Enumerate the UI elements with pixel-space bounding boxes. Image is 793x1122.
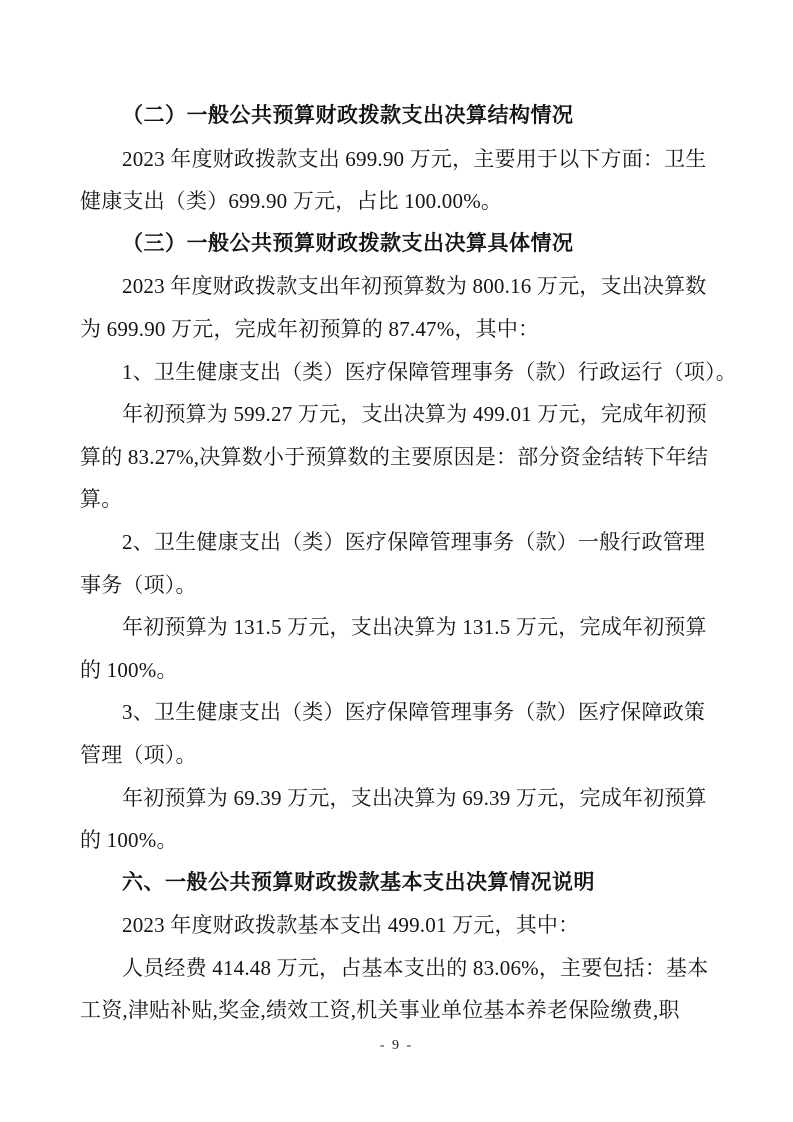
section-heading: （二）一般公共预算财政拨款支出决算结构情况 (80, 95, 720, 138)
section-heading: （三）一般公共预算财政拨款支出决算具体情况 (80, 223, 720, 266)
body-line: 人员经费 414.48 万元，占基本支出的 83.06%，主要包括：基本 (80, 947, 720, 990)
body-line: 年初预算为 599.27 万元，支出决算为 499.01 万元，完成年初预 (80, 393, 720, 436)
body-line: 算的 83.27%,决算数小于预算数的主要原因是：部分资金结转下年结 (80, 436, 720, 479)
body-line: 的 100%。 (80, 819, 720, 862)
body-line: 管理（项）。 (80, 734, 720, 777)
body-line: 为 699.90 万元，完成年初预算的 87.47%，其中： (80, 308, 720, 351)
body-line: 2023 年度财政拨款基本支出 499.01 万元，其中： (80, 904, 720, 947)
body-line: 工资,津贴补贴,奖金,绩效工资,机关事业单位基本养老保险缴费,职 (80, 989, 720, 1032)
body-line: 3、卫生健康支出（类）医疗保障管理事务（款）医疗保障政策 (80, 691, 720, 734)
body-line: 2、卫生健康支出（类）医疗保障管理事务（款）一般行政管理 (80, 521, 720, 564)
page-number: - 9 - (0, 1036, 793, 1056)
body-line: 2023 年度财政拨款支出年初预算数为 800.16 万元，支出决算数 (80, 265, 720, 308)
document-body: （二）一般公共预算财政拨款支出决算结构情况2023 年度财政拨款支出 699.9… (80, 95, 720, 1032)
body-line: 年初预算为 69.39 万元，支出决算为 69.39 万元，完成年初预算 (80, 777, 720, 820)
body-line: 的 100%。 (80, 649, 720, 692)
section-heading: 六、一般公共预算财政拨款基本支出决算情况说明 (80, 862, 720, 905)
body-line: 年初预算为 131.5 万元，支出决算为 131.5 万元，完成年初预算 (80, 606, 720, 649)
body-line: 算。 (80, 478, 720, 521)
body-line: 健康支出（类）699.90 万元，占比 100.00%。 (80, 180, 720, 223)
body-line: 1、卫生健康支出（类）医疗保障管理事务（款）行政运行（项）。 (80, 351, 720, 394)
body-line: 事务（项）。 (80, 564, 720, 607)
document-page: （二）一般公共预算财政拨款支出决算结构情况2023 年度财政拨款支出 699.9… (0, 0, 793, 1122)
body-line: 2023 年度财政拨款支出 699.90 万元，主要用于以下方面：卫生 (80, 138, 720, 181)
